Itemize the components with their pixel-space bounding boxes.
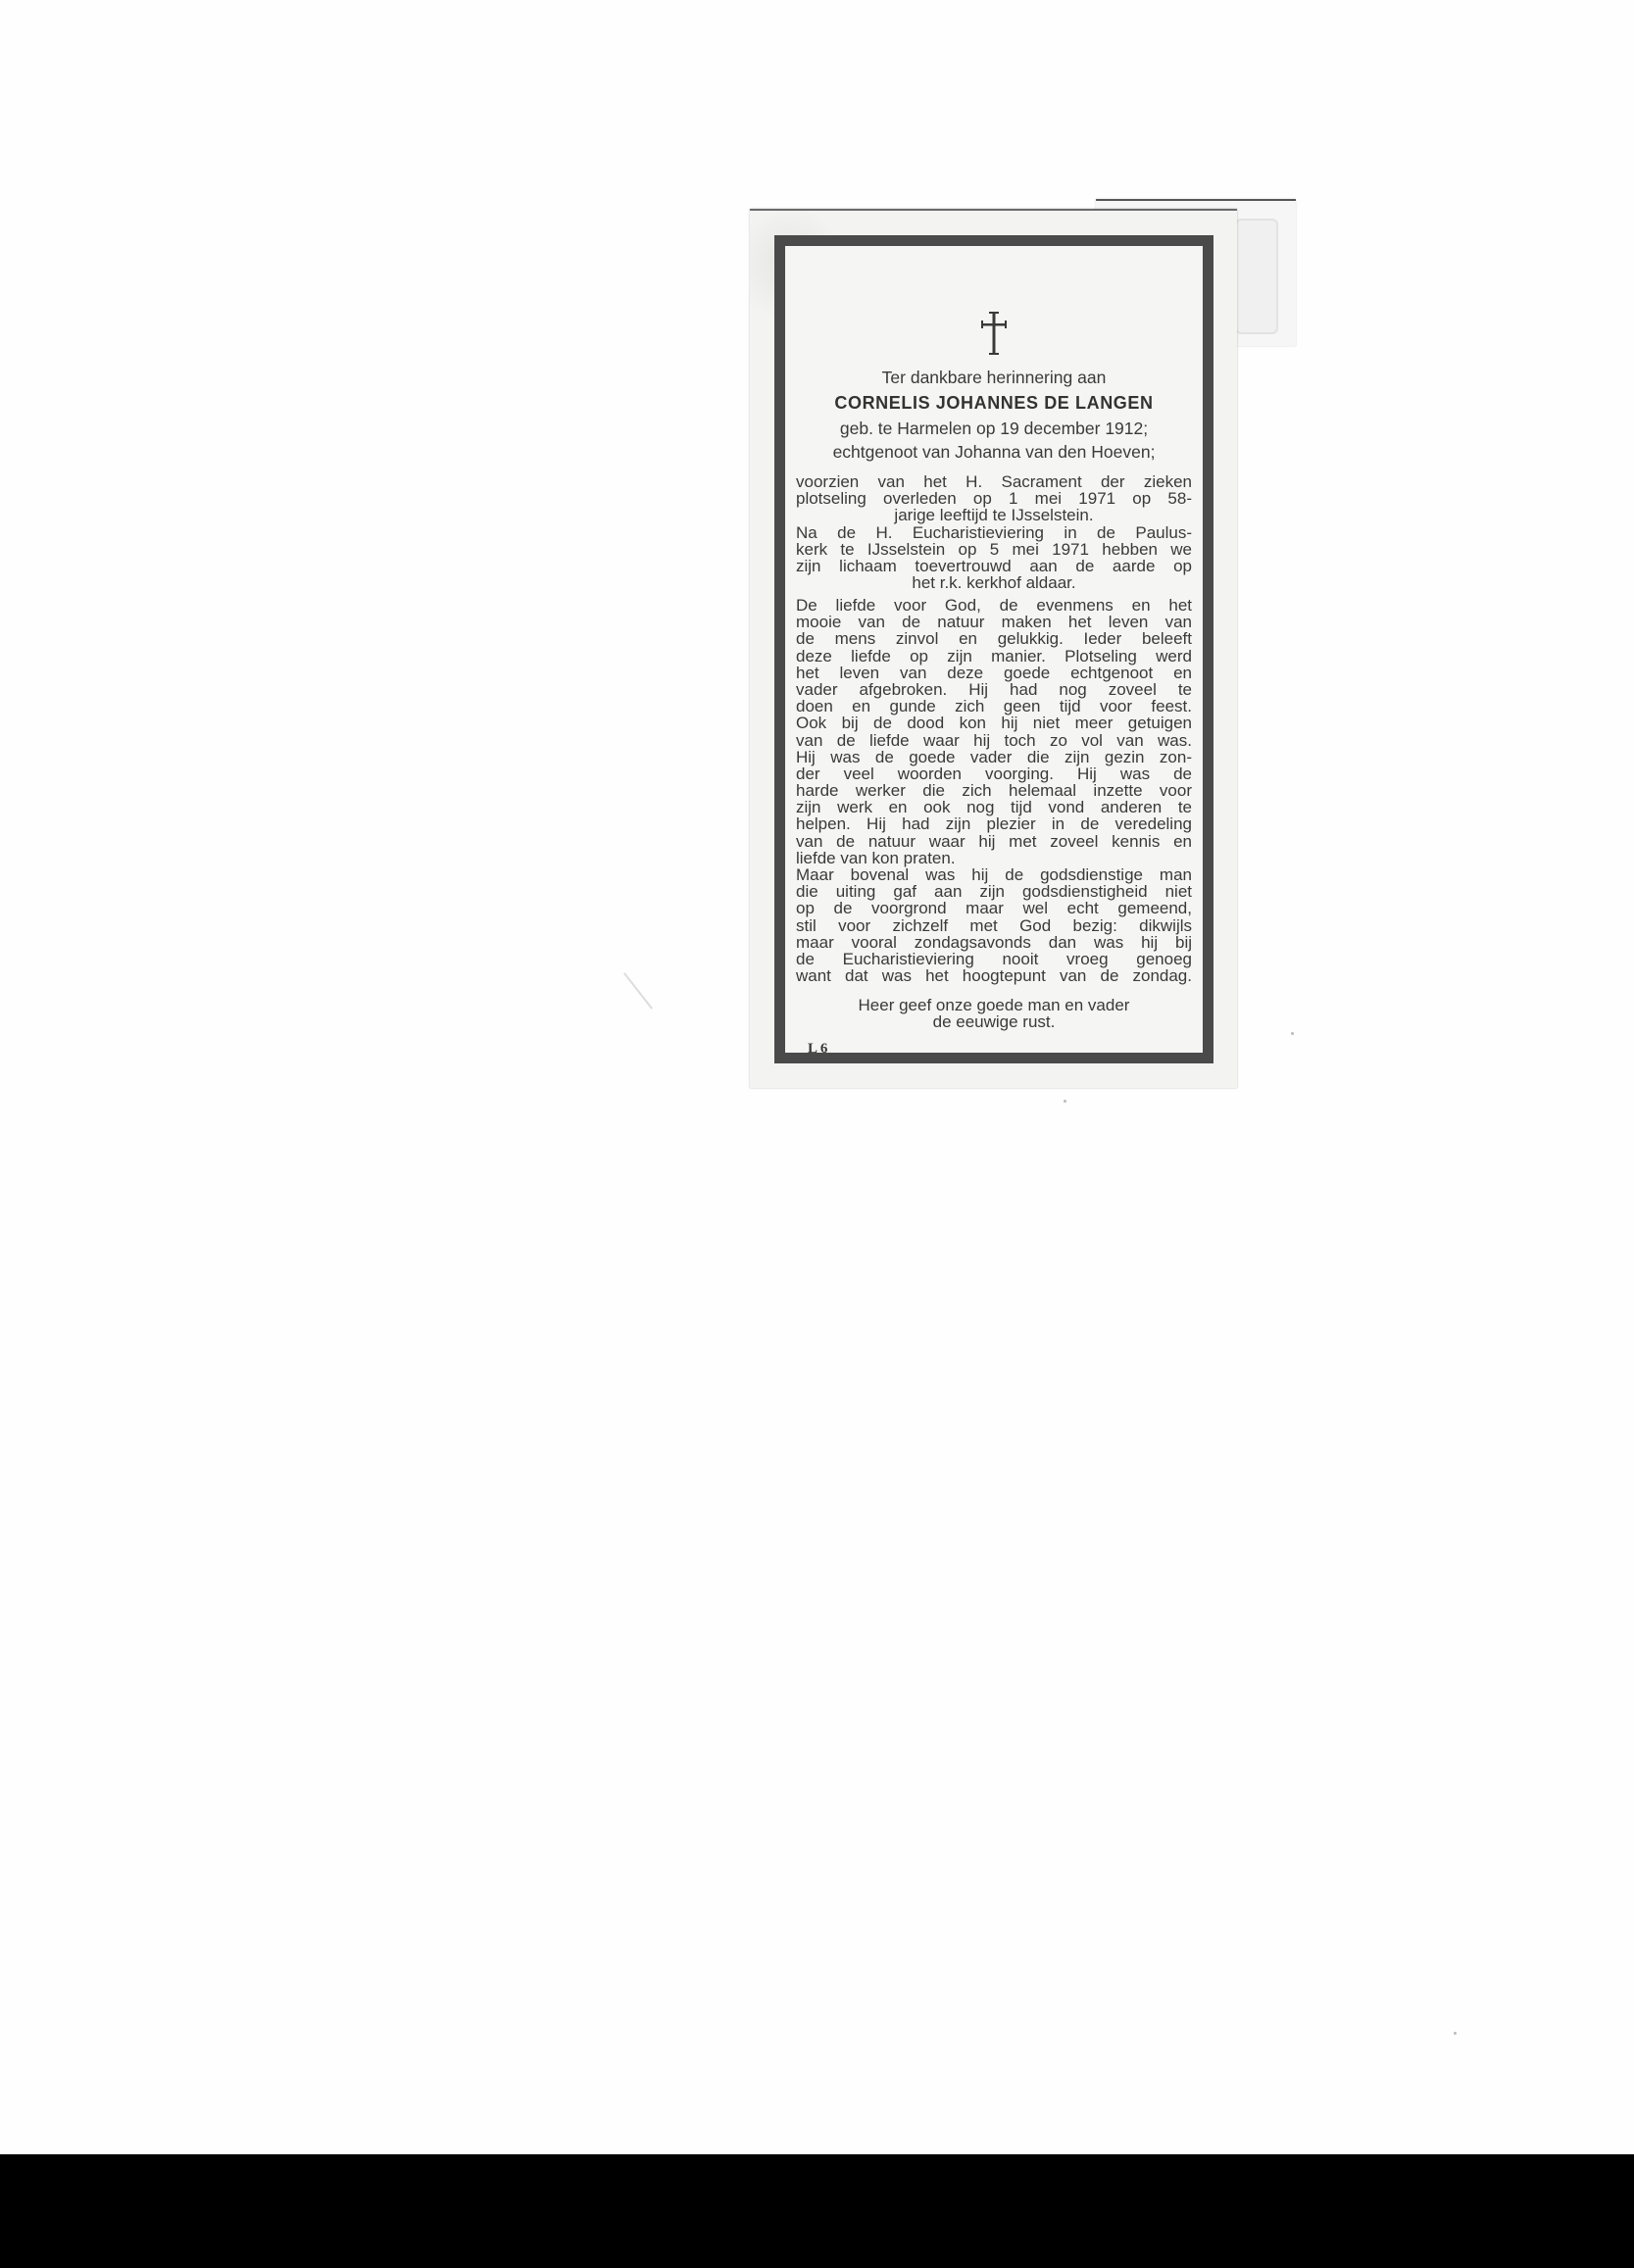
scan-scratch — [623, 972, 653, 1009]
text-line: jarige leeftijd te IJsselstein. — [796, 507, 1192, 523]
text-line: de mens zinvol en gelukkig. Ieder beleef… — [796, 630, 1192, 647]
text-line: zijn lichaam toevertrouwd aan de aarde o… — [796, 558, 1192, 574]
tribute-paragraph: De liefde voor God, de evenmens en hetmo… — [796, 597, 1192, 984]
scanned-page: Ter dankbare herinnering aan CORNELIS JO… — [0, 0, 1634, 2154]
death-paragraph: voorzien van het H. Sacrament der zieken… — [796, 473, 1192, 591]
text-line: liefde van kon praten. — [796, 850, 1192, 866]
card-content: Ter dankbare herinnering aan CORNELIS JO… — [796, 246, 1192, 1053]
closing-prayer: Heer geef onze goede man en vaderde eeuw… — [796, 997, 1192, 1030]
text-line: het leven van deze goede echtgenoot en — [796, 665, 1192, 681]
scan-speck — [1291, 1032, 1294, 1035]
scan-speck — [1454, 2032, 1457, 2035]
mourning-border: Ter dankbare herinnering aan CORNELIS JO… — [774, 235, 1213, 1063]
spouse-line: echtgenoot van Johanna van den Hoeven; — [796, 444, 1192, 461]
text-line: doen en gunde zich geen tijd voor feest. — [796, 698, 1192, 715]
text-line: Ook bij de dood kon hij niet meer getuig… — [796, 715, 1192, 731]
text-line: Heer geef onze goede man en vader — [796, 997, 1192, 1013]
text-line: De liefde voor God, de evenmens en het — [796, 597, 1192, 614]
text-line: de eeuwige rust. — [796, 1013, 1192, 1030]
text-line: die uiting gaf aan zijn godsdienstigheid… — [796, 883, 1192, 900]
text-line: deze liefde op zijn manier. Plotseling w… — [796, 648, 1192, 665]
text-line: van de natuur waar hij met zoveel kennis… — [796, 833, 1192, 850]
text-line: zijn werk en ook nog tijd vond anderen t… — [796, 799, 1192, 815]
text-line: de Eucharistieviering nooit vroeg genoeg — [796, 951, 1192, 967]
text-line: stil voor zichzelf met God bezig: dikwij… — [796, 917, 1192, 934]
text-line: Hij was de goede vader die zijn gezin zo… — [796, 749, 1192, 765]
text-line: mooie van de natuur maken het leven van — [796, 614, 1192, 630]
text-line: der veel woorden voorging. Hij was de — [796, 765, 1192, 782]
memorial-card: Ter dankbare herinnering aan CORNELIS JO… — [750, 209, 1237, 1088]
text-line: helpen. Hij had zijn plezier in de vered… — [796, 815, 1192, 832]
text-line: Na de H. Eucharistieviering in de Paulus… — [796, 524, 1192, 541]
text-line: voorzien van het H. Sacrament der zieken — [796, 473, 1192, 490]
text-line: harde werker die zich helemaal inzette v… — [796, 782, 1192, 799]
text-line: het r.k. kerkhof aldaar. — [796, 574, 1192, 591]
text-line: Maar bovenal was hij de godsdienstige ma… — [796, 866, 1192, 883]
text-line: vader afgebroken. Hij had nog zoveel te — [796, 681, 1192, 698]
text-line: van de liefde waar hij toch zo vol van w… — [796, 732, 1192, 749]
birth-line: geb. te Harmelen op 19 december 1912; — [796, 420, 1192, 437]
printer-mark: L 6 — [808, 1041, 827, 1058]
deceased-name: CORNELIS JOHANNES DE LANGEN — [796, 395, 1192, 412]
intro-text: Ter dankbare herinnering aan — [796, 370, 1192, 386]
back-card-frame — [1235, 219, 1278, 334]
cross-icon — [980, 311, 1008, 356]
text-line: want dat was het hoogtepunt van de zonda… — [796, 967, 1192, 984]
text-line: maar vooral zondagsavonds dan was hij bi… — [796, 934, 1192, 951]
text-line: plotseling overleden op 1 mei 1971 op 58… — [796, 490, 1192, 507]
scan-speck — [1064, 1100, 1066, 1103]
text-line: op de voorgrond maar wel echt gemeend, — [796, 900, 1192, 916]
text-line: kerk te IJsselstein op 5 mei 1971 hebben… — [796, 541, 1192, 558]
scan-bottom-band — [0, 2154, 1634, 2268]
